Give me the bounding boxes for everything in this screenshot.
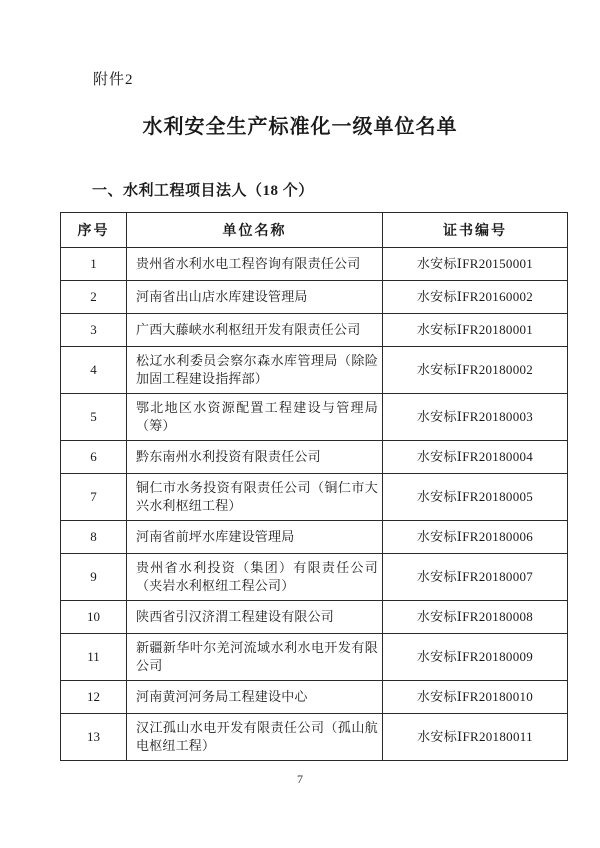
table-header-row: 序号 单位名称 证书编号 [61, 213, 568, 248]
serial-number-cell: 1 [61, 248, 127, 281]
table-row: 8河南省前坪水库建设管理局水安标ⅠFR20180006 [61, 521, 568, 554]
serial-number-cell: 2 [61, 281, 127, 314]
unit-name-cell: 汉江孤山水电开发有限责任公司（孤山航电枢纽工程） [127, 714, 383, 761]
unit-name-cell: 河南黄河河务局工程建设中心 [127, 681, 383, 714]
unit-name-cell: 贵州省水利水电工程咨询有限责任公司 [127, 248, 383, 281]
serial-number-cell: 8 [61, 521, 127, 554]
certificate-number-cell: 水安标ⅠFR20180005 [383, 474, 568, 521]
table-row: 6黔东南州水利投资有限责任公司水安标ⅠFR20180004 [61, 441, 568, 474]
units-table: 序号 单位名称 证书编号 1贵州省水利水电工程咨询有限责任公司水安标ⅠFR201… [60, 212, 568, 761]
certificate-number-cell: 水安标ⅠFR20180011 [383, 714, 568, 761]
table-row: 7铜仁市水务投资有限责任公司（铜仁市大兴水利枢纽工程）水安标ⅠFR2018000… [61, 474, 568, 521]
table-row: 12河南黄河河务局工程建设中心水安标ⅠFR20180010 [61, 681, 568, 714]
table-row: 13汉江孤山水电开发有限责任公司（孤山航电枢纽工程）水安标ⅠFR20180011 [61, 714, 568, 761]
unit-name-cell: 松辽水利委员会察尔森水库管理局（除险加固工程建设指挥部） [127, 347, 383, 394]
attachment-label: 附件2 [93, 68, 134, 89]
serial-number-cell: 13 [61, 714, 127, 761]
serial-number-cell: 3 [61, 314, 127, 347]
document-title: 水利安全生产标准化一级单位名单 [0, 110, 600, 139]
unit-name-cell: 新疆新华叶尔羌河流域水利水电开发有限公司 [127, 634, 383, 681]
table-row: 1贵州省水利水电工程咨询有限责任公司水安标ⅠFR20150001 [61, 248, 568, 281]
certificate-number-cell: 水安标ⅠFR20180004 [383, 441, 568, 474]
serial-number-cell: 4 [61, 347, 127, 394]
serial-number-cell: 7 [61, 474, 127, 521]
certificate-number-cell: 水安标ⅠFR20180002 [383, 347, 568, 394]
table-row: 9贵州省水利投资（集团）有限责任公司（夹岩水利枢纽工程公司）水安标ⅠFR2018… [61, 554, 568, 601]
document-page: 附件2 水利安全生产标准化一级单位名单 一、水利工程项目法人（18 个） 序号 … [0, 0, 600, 848]
certificate-number-cell: 水安标ⅠFR20180008 [383, 601, 568, 634]
table-row: 2河南省出山店水库建设管理局水安标ⅠFR20160002 [61, 281, 568, 314]
unit-name-cell: 陕西省引汉济渭工程建设有限公司 [127, 601, 383, 634]
unit-name-cell: 铜仁市水务投资有限责任公司（铜仁市大兴水利枢纽工程） [127, 474, 383, 521]
certificate-number-cell: 水安标ⅠFR20180010 [383, 681, 568, 714]
table-row: 3广西大藤峡水利枢纽开发有限责任公司水安标ⅠFR20180001 [61, 314, 568, 347]
table-row: 11新疆新华叶尔羌河流域水利水电开发有限公司水安标ⅠFR20180009 [61, 634, 568, 681]
column-header-certificate-number: 证书编号 [383, 213, 568, 248]
certificate-number-cell: 水安标ⅠFR20180001 [383, 314, 568, 347]
certificate-number-cell: 水安标ⅠFR20180007 [383, 554, 568, 601]
serial-number-cell: 5 [61, 394, 127, 441]
unit-name-cell: 广西大藤峡水利枢纽开发有限责任公司 [127, 314, 383, 347]
section-heading: 一、水利工程项目法人（18 个） [92, 179, 314, 200]
certificate-number-cell: 水安标ⅠFR20160002 [383, 281, 568, 314]
table-row: 4松辽水利委员会察尔森水库管理局（除险加固工程建设指挥部）水安标ⅠFR20180… [61, 347, 568, 394]
certificate-number-cell: 水安标ⅠFR20150001 [383, 248, 568, 281]
certificate-number-cell: 水安标ⅠFR20180003 [383, 394, 568, 441]
certificate-number-cell: 水安标ⅠFR20180009 [383, 634, 568, 681]
unit-name-cell: 河南省出山店水库建设管理局 [127, 281, 383, 314]
column-header-unit-name: 单位名称 [127, 213, 383, 248]
unit-name-cell: 鄂北地区水资源配置工程建设与管理局（筹） [127, 394, 383, 441]
unit-name-cell: 贵州省水利投资（集团）有限责任公司（夹岩水利枢纽工程公司） [127, 554, 383, 601]
table-row: 10陕西省引汉济渭工程建设有限公司水安标ⅠFR20180008 [61, 601, 568, 634]
serial-number-cell: 12 [61, 681, 127, 714]
table-row: 5鄂北地区水资源配置工程建设与管理局（筹）水安标ⅠFR20180003 [61, 394, 568, 441]
serial-number-cell: 10 [61, 601, 127, 634]
serial-number-cell: 6 [61, 441, 127, 474]
certificate-number-cell: 水安标ⅠFR20180006 [383, 521, 568, 554]
serial-number-cell: 9 [61, 554, 127, 601]
serial-number-cell: 11 [61, 634, 127, 681]
unit-name-cell: 黔东南州水利投资有限责任公司 [127, 441, 383, 474]
page-number: 7 [0, 772, 600, 787]
unit-name-cell: 河南省前坪水库建设管理局 [127, 521, 383, 554]
column-header-serial-number: 序号 [61, 213, 127, 248]
